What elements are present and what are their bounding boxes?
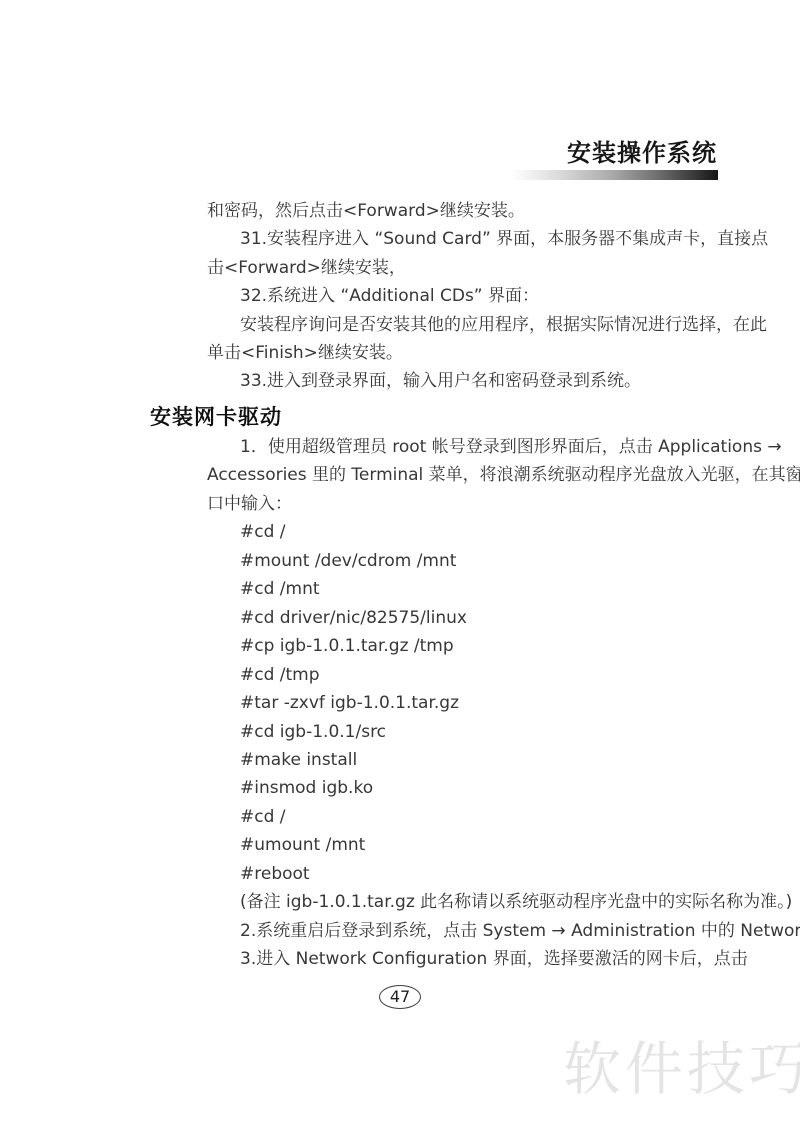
- text-line: 3.进入 Network Configuration 界面，选择要激活的网卡后，…: [207, 945, 721, 973]
- text-line: 口中输入：: [207, 490, 721, 518]
- command-line: #cd /mnt: [207, 575, 721, 603]
- page-number: 47: [390, 989, 410, 1005]
- text-line: 32.系统进入 “Additional CDs” 界面：: [207, 282, 721, 310]
- command-line: #cd /tmp: [207, 661, 721, 689]
- command-line: #cp igb-1.0.1.tar.gz /tmp: [207, 632, 721, 660]
- command-line: #cd /: [207, 803, 721, 831]
- watermark: 软件技巧: [563, 1036, 800, 1103]
- command-line: #insmod igb.ko: [207, 774, 721, 802]
- command-line: #umount /mnt: [207, 831, 721, 859]
- document-page: 安装操作系统 和密码，然后点击<Forward>继续安装。31.安装程序进入 “…: [0, 0, 800, 1132]
- text-line: 安装程序询问是否安装其他的应用程序，根据实际情况进行选择，在此: [207, 311, 721, 339]
- page-number-oval: 47: [379, 985, 421, 1009]
- section-paragraphs: 1．使用超级管理员 root 帐号登录到图形界面后，点击 Application…: [207, 433, 721, 974]
- text-line: 和密码，然后点击<Forward>继续安装。: [207, 197, 721, 225]
- command-line: #cd /: [207, 518, 721, 546]
- text-line: 1．使用超级管理员 root 帐号登录到图形界面后，点击 Application…: [207, 433, 721, 461]
- text-line: (备注 igb-1.0.1.tar.gz 此名称请以系统驱动程序光盘中的实际名称…: [207, 888, 721, 916]
- intro-paragraphs: 和密码，然后点击<Forward>继续安装。31.安装程序进入 “Sound C…: [207, 197, 721, 396]
- command-line: #mount /dev/cdrom /mnt: [207, 547, 721, 575]
- text-line: 31.安装程序进入 “Sound Card” 界面，本服务器不集成声卡，直接点: [207, 225, 721, 253]
- text-line: 击<Forward>继续安装，: [207, 254, 721, 282]
- command-line: #tar -zxvf igb-1.0.1.tar.gz: [207, 689, 721, 717]
- command-line: #reboot: [207, 860, 721, 888]
- command-line: #make install: [207, 746, 721, 774]
- text-line: 33.进入到登录界面，输入用户名和密码登录到系统。: [207, 367, 721, 395]
- command-line: #cd igb-1.0.1/src: [207, 718, 721, 746]
- section-heading: 安装网卡驱动: [150, 403, 282, 431]
- text-line: Accessories 里的 Terminal 菜单，将浪潮系统驱动程序光盘放入…: [207, 461, 721, 489]
- text-line: 单击<Finish>继续安装。: [207, 339, 721, 367]
- header-gradient-bar: [512, 170, 718, 180]
- chapter-title: 安装操作系统: [567, 141, 717, 165]
- command-line: #cd driver/nic/82575/linux: [207, 604, 721, 632]
- text-line: 2.系统重启后登录到系统，点击 System → Administration …: [207, 917, 721, 945]
